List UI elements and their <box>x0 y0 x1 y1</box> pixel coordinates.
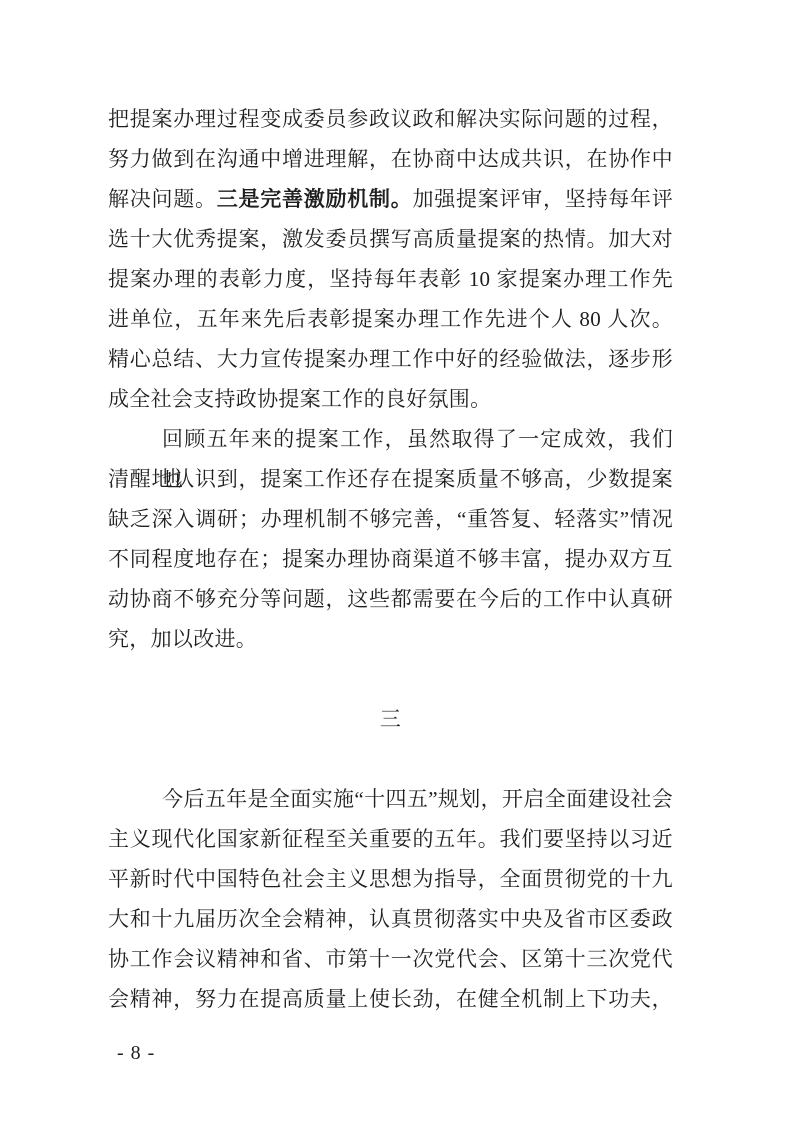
text-line: 进单位，五年来先后表彰提案办理工作先进个人 80 人次。 <box>108 299 673 339</box>
document-body: 把提案办理过程变成委员参政议政和解决实际问题的过程，努力做到在沟通中增进理解，在… <box>108 99 673 1019</box>
line-text: 成全社会支持政协提案工作的良好氛围。 <box>108 387 491 411</box>
text-line: 解决问题。三是完善激励机制。加强提案评审，坚持每年评 <box>108 179 673 219</box>
line-text: 究，加以改进。 <box>108 627 257 651</box>
text-line: 主义现代化国家新征程至关重要的五年。我们要坚持以习近 <box>108 819 673 859</box>
text-line: 把提案办理过程变成委员参政议政和解决实际问题的过程， <box>108 99 673 139</box>
line-text: 协工作会议精神和省、市第十一次党代会、区第十三次党代 <box>108 947 673 971</box>
section-heading: 三 <box>108 699 673 739</box>
text-line: 动协商不够充分等问题，这些都需要在今后的工作中认真研 <box>108 579 673 619</box>
text-line: 选十大优秀提案，激发委员撰写高质量提案的热情。加大对 <box>108 219 673 259</box>
bold-phrase: 三是完善激励机制。 <box>217 187 413 211</box>
text-line: 协工作会议精神和省、市第十一次党代会、区第十三次党代 <box>108 939 673 979</box>
text-line: 成全社会支持政协提案工作的良好氛围。 <box>108 379 673 419</box>
line-text: 努力做到在沟通中增进理解，在协商中达成共识，在协作中 <box>108 147 673 171</box>
line-text: 不同程度地存在；提案办理协商渠道不够丰富，提办双方互 <box>108 547 673 571</box>
document-page: 把提案办理过程变成委员参政议政和解决实际问题的过程，努力做到在沟通中增进理解，在… <box>0 0 793 1122</box>
line-text: 动协商不够充分等问题，这些都需要在今后的工作中认真研 <box>108 587 673 611</box>
line-text: 平新时代中国特色社会主义思想为指导，全面贯彻党的十九 <box>108 867 673 891</box>
text-line: 不同程度地存在；提案办理协商渠道不够丰富，提办双方互 <box>108 539 673 579</box>
text-line: 精心总结、大力宣传提案办理工作中好的经验做法，逐步形 <box>108 339 673 379</box>
text-line: 提案办理的表彰力度，坚持每年表彰 10 家提案办理工作先 <box>108 259 673 299</box>
line-text: 主义现代化国家新征程至关重要的五年。我们要坚持以习近 <box>108 827 673 851</box>
line-text: 提案办理的表彰力度，坚持每年表彰 10 家提案办理工作先 <box>108 267 673 291</box>
line-text: 精心总结、大力宣传提案办理工作中好的经验做法，逐步形 <box>108 347 673 371</box>
line-text: 进单位，五年来先后表彰提案办理工作先进个人 80 人次。 <box>108 307 673 331</box>
text-line: 平新时代中国特色社会主义思想为指导，全面贯彻党的十九 <box>108 859 673 899</box>
line-text: 把提案办理过程变成委员参政议政和解决实际问题的过程， <box>108 107 673 131</box>
line-text: 解决问题。 <box>108 187 217 211</box>
text-line: 清醒地认识到，提案工作还存在提案质量不够高，少数提案 <box>108 459 673 499</box>
text-line: 会精神，努力在提高质量上使长劲，在健全机制上下功夫， <box>108 979 673 1019</box>
text-line: 今后五年是全面实施“十四五”规划，开启全面建设社会 <box>108 779 673 819</box>
line-text: 加强提案评审，坚持每年评 <box>412 187 673 211</box>
text-line: 努力做到在沟通中增进理解，在协商中达成共识，在协作中 <box>108 139 673 179</box>
line-text: 清醒地认识到，提案工作还存在提案质量不够高，少数提案 <box>108 467 673 491</box>
text-line: 缺乏深入调研；办理机制不够完善，“重答复、轻落实”情况 <box>108 499 673 539</box>
text-line: 回顾五年来的提案工作，虽然取得了一定成效，我们也 <box>108 419 673 459</box>
text-line: 大和十九届历次全会精神，认真贯彻落实中央及省市区委政 <box>108 899 673 939</box>
line-text: 选十大优秀提案，激发委员撰写高质量提案的热情。加大对 <box>108 227 673 251</box>
line-text: 缺乏深入调研；办理机制不够完善，“重答复、轻落实”情况 <box>108 507 673 531</box>
line-text: 今后五年是全面实施“十四五”规划，开启全面建设社会 <box>162 787 673 811</box>
line-text: 大和十九届历次全会精神，认真贯彻落实中央及省市区委政 <box>108 907 673 931</box>
page-number: - 8 - <box>117 1042 155 1064</box>
line-text: 会精神，努力在提高质量上使长劲，在健全机制上下功夫， <box>108 987 673 1011</box>
text-line: 究，加以改进。 <box>108 619 673 659</box>
